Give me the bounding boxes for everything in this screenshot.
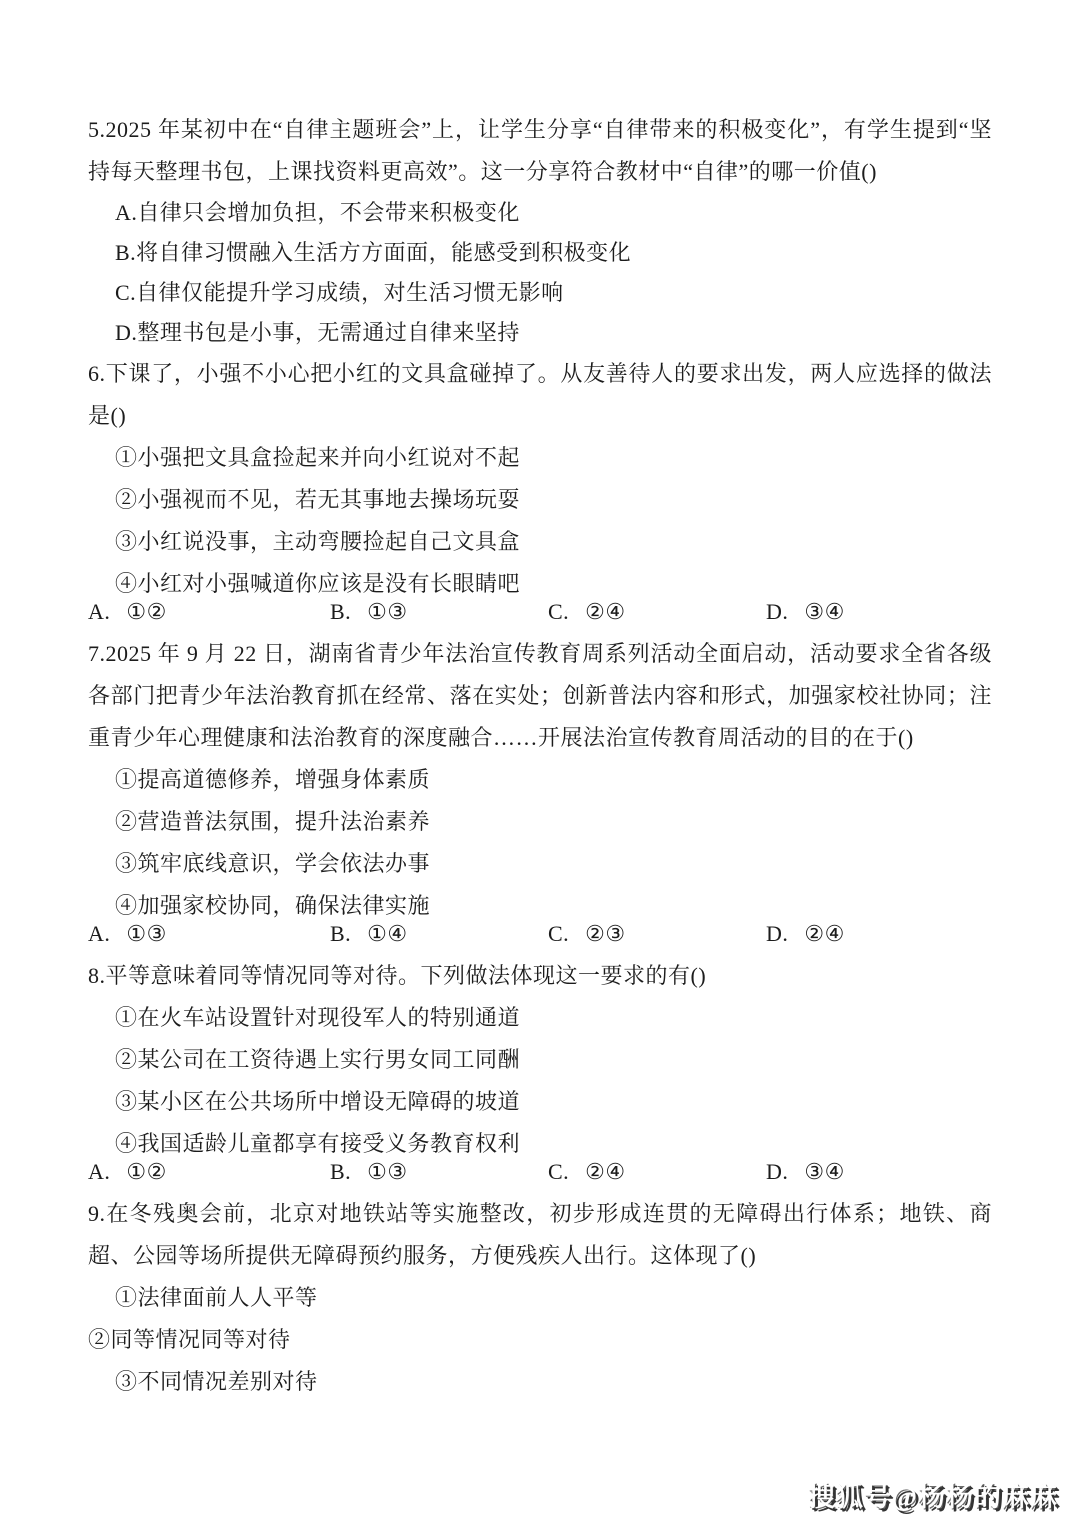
question-9-statement-2: ②同等情况同等对待 (88, 1319, 992, 1361)
question-8-statement-3: ③某小区在公共场所中增设无障碍的坡道 (88, 1081, 992, 1123)
question-7-statement-3: ③筑牢底线意识，学会依法办事 (88, 843, 992, 885)
answer-choice-c: C. ②③ (548, 913, 766, 955)
question-9-statement-1: ①法律面前人人平等 (88, 1277, 992, 1319)
answer-choice-c: C. ②④ (548, 1151, 766, 1193)
answer-choice-d: D. ③④ (766, 1151, 992, 1193)
question-5-stem: 5.2025 年某初中在“自律主题班会”上，让学生分享“自律带来的积极变化”，有… (88, 109, 992, 193)
question-6-stem: 6.下课了，小强不小心把小红的文具盒碰掉了。从友善待人的要求出发，两人应选择的做… (88, 353, 992, 437)
answer-choice-d: D. ③④ (766, 591, 992, 633)
question-5-option-b: B.将自律习惯融入生活方方面面，能感受到积极变化 (88, 233, 992, 273)
exam-page: 5.2025 年某初中在“自律主题班会”上，让学生分享“自律带来的积极变化”，有… (0, 0, 1080, 1527)
question-9-stem: 9.在冬残奥会前，北京对地铁站等实施整改，初步形成连贯的无障碍出行体系；地铁、商… (88, 1193, 992, 1277)
answer-choice-a: A. ①③ (88, 913, 330, 955)
answer-choice-b: B. ①③ (330, 591, 548, 633)
answer-choice-b: B. ①③ (330, 1151, 548, 1193)
question-7-answer-row: A. ①③ B. ①④ C. ②③ D. ②④ (88, 913, 992, 955)
question-6-statement-2: ②小强视而不见，若无其事地去操场玩耍 (88, 479, 992, 521)
question-5: 5.2025 年某初中在“自律主题班会”上，让学生分享“自律带来的积极变化”，有… (88, 109, 992, 353)
question-7-statement-1: ①提高道德修养，增强身体素质 (88, 759, 992, 801)
question-5-option-d: D.整理书包是小事，无需通过自律来坚持 (88, 313, 992, 353)
answer-choice-a: A. ①② (88, 1151, 330, 1193)
answer-choice-a: A. ①② (88, 591, 330, 633)
question-9-statement-3: ③不同情况差别对待 (88, 1361, 992, 1403)
question-5-option-a: A.自律只会增加负担，不会带来积极变化 (88, 193, 992, 233)
question-6-statement-3: ③小红说没事，主动弯腰捡起自己文具盒 (88, 521, 992, 563)
watermark: 搜狐号@杨杨的麻麻 (808, 1475, 1058, 1514)
question-8-answer-row: A. ①② B. ①③ C. ②④ D. ③④ (88, 1151, 992, 1193)
answer-choice-c: C. ②④ (548, 591, 766, 633)
question-8-statement-2: ②某公司在工资待遇上实行男女同工同酬 (88, 1039, 992, 1081)
question-8-stem: 8.平等意味着同等情况同等对待。下列做法体现这一要求的有() (88, 955, 992, 997)
question-7-statement-2: ②营造普法氛围，提升法治素养 (88, 801, 992, 843)
question-8-statement-1: ①在火车站设置针对现役军人的特别通道 (88, 997, 992, 1039)
question-7-stem: 7.2025 年 9 月 22 日，湖南省青少年法治宣传教育周系列活动全面启动，… (88, 633, 992, 759)
question-7: 7.2025 年 9 月 22 日，湖南省青少年法治宣传教育周系列活动全面启动，… (88, 633, 992, 955)
question-6-answer-row: A. ①② B. ①③ C. ②④ D. ③④ (88, 591, 992, 633)
question-9: 9.在冬残奥会前，北京对地铁站等实施整改，初步形成连贯的无障碍出行体系；地铁、商… (88, 1193, 992, 1403)
question-5-option-c: C.自律仅能提升学习成绩，对生活习惯无影响 (88, 273, 992, 313)
exam-content: 5.2025 年某初中在“自律主题班会”上，让学生分享“自律带来的积极变化”，有… (88, 109, 992, 1403)
question-6-statement-1: ①小强把文具盒捡起来并向小红说对不起 (88, 437, 992, 479)
question-8: 8.平等意味着同等情况同等对待。下列做法体现这一要求的有() ①在火车站设置针对… (88, 955, 992, 1193)
answer-choice-b: B. ①④ (330, 913, 548, 955)
answer-choice-d: D. ②④ (766, 913, 992, 955)
question-6: 6.下课了，小强不小心把小红的文具盒碰掉了。从友善待人的要求出发，两人应选择的做… (88, 353, 992, 633)
